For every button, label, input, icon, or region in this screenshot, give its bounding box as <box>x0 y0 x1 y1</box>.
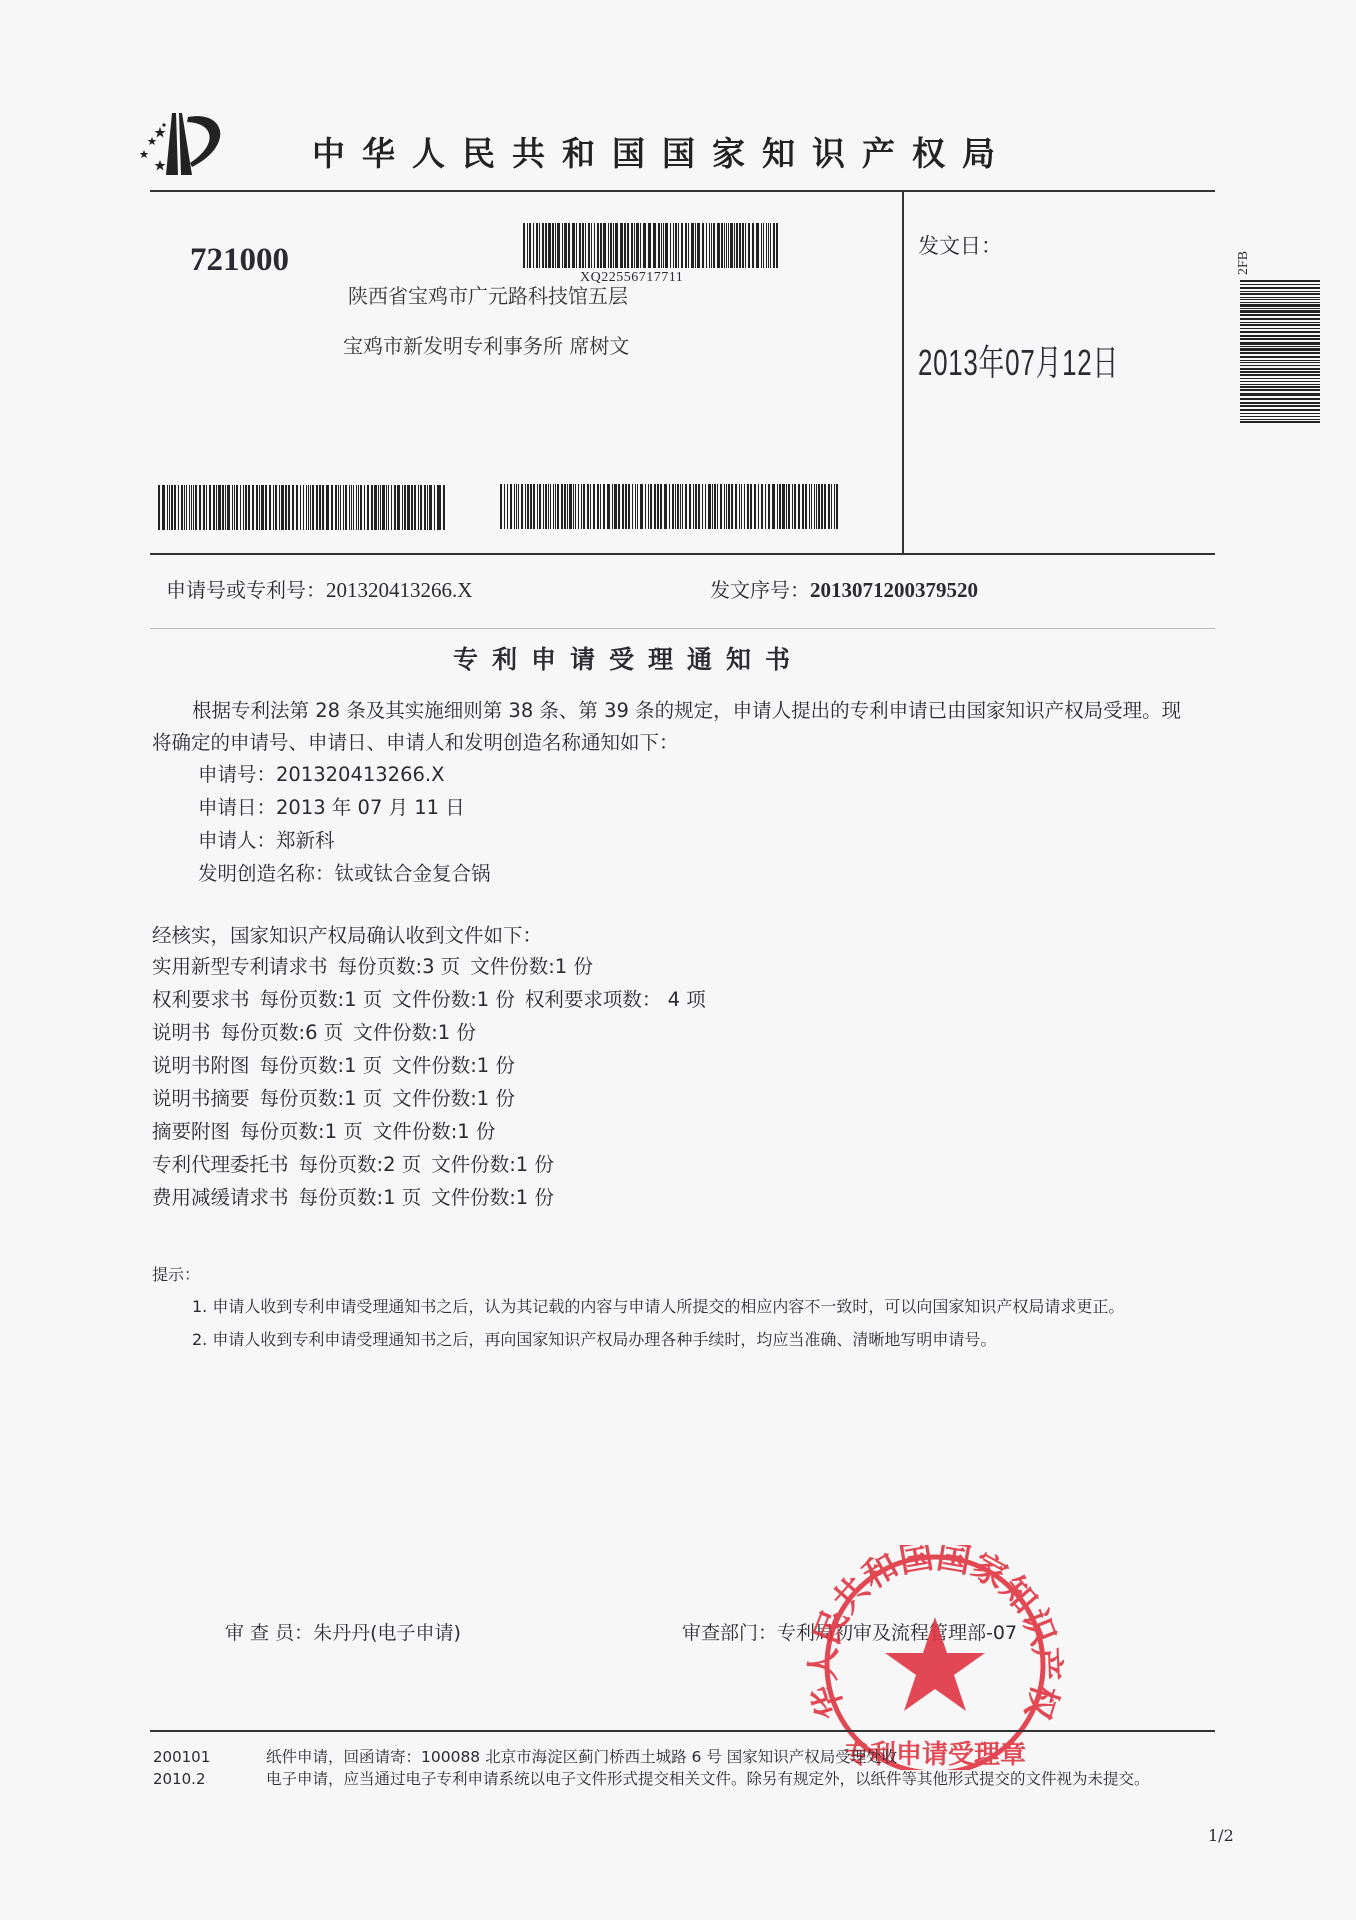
file-pages: 每份页数:1 页 <box>299 1186 422 1209</box>
application-number-value: 201320413266.X <box>326 578 472 602</box>
form-code: 200101 2010.2 <box>153 1746 210 1790</box>
side-barcode <box>1240 280 1320 425</box>
examiner-label: 审 查 员： <box>225 1622 313 1644</box>
file-pages: 每份页数:1 页 <box>260 1087 383 1110</box>
file-row: 摘要附图每份页数:1 页文件份数:1 份 <box>152 1115 706 1148</box>
application-number-label: 申请号或专利号： <box>166 578 326 602</box>
file-pages: 每份页数:3 页 <box>338 955 461 978</box>
file-row: 说明书摘要每份页数:1 页文件份数:1 份 <box>152 1082 706 1115</box>
field-label: 发明创造名称： <box>198 862 335 885</box>
mail-barcode <box>523 223 793 268</box>
vertical-divider <box>902 190 904 553</box>
file-name: 说明书 <box>152 1021 211 1044</box>
file-copies: 文件份数:1 份 <box>353 1021 476 1044</box>
file-name: 专利代理委托书 <box>152 1153 289 1176</box>
header-divider <box>150 190 1215 192</box>
examiner: 审 查 员：朱丹丹(电子申请) <box>225 1618 461 1645</box>
intro-paragraph: 根据专利法第 28 条及其实施细则第 38 条、第 39 条的规定，申请人提出的… <box>152 695 1192 759</box>
field-row: 发明创造名称：钛或钛合金复合锅 <box>198 857 491 890</box>
barcode-right <box>500 484 840 529</box>
official-seal: 中华人民共和国国家知识产权局 专利申请受理章 <box>800 1545 1070 1770</box>
side-barcode-code: 2FB <box>1236 251 1252 275</box>
file-copies: 文件份数:1 份 <box>431 1186 554 1209</box>
file-pages: 每份页数:1 页 <box>260 1054 383 1077</box>
file-name: 费用减缓请求书 <box>152 1186 289 1209</box>
received-files-heading: 经核实，国家知识产权局确认收到文件如下： <box>152 920 542 948</box>
examiner-value: 朱丹丹(电子申请) <box>313 1622 461 1644</box>
file-row: 费用减缓请求书每份页数:1 页文件份数:1 份 <box>152 1181 706 1214</box>
tips-list: 1. 申请人收到专利申请受理通知书之后，认为其记载的内容与申请人所提交的相应内容… <box>152 1290 1192 1356</box>
tips-heading: 提示： <box>152 1262 200 1285</box>
file-row: 说明书附图每份页数:1 页文件份数:1 份 <box>152 1049 706 1082</box>
footer-instructions: 纸件申请，回函请寄：100088 北京市海淀区蓟门桥西土城路 6 号 国家知识产… <box>266 1746 1196 1790</box>
file-pages: 每份页数:1 页 <box>260 988 383 1011</box>
field-value: 2013 年 07 月 11 日 <box>276 796 465 819</box>
file-copies: 文件份数:1 份 <box>392 988 515 1011</box>
reference-bottom-divider <box>150 628 1215 629</box>
tip-item: 2. 申请人收到专利申请受理通知书之后，再向国家知识产权局办理各种手续时，均应当… <box>152 1323 1192 1356</box>
file-row: 专利代理委托书每份页数:2 页文件份数:1 份 <box>152 1148 706 1181</box>
field-value: 钛或钛合金复合锅 <box>335 862 491 885</box>
tip-item: 1. 申请人收到专利申请受理通知书之后，认为其记载的内容与申请人所提交的相应内容… <box>152 1290 1192 1323</box>
serial-number-line: 发文序号：2013071200379520 <box>710 574 978 603</box>
document-title: 专利申请受理通知书 <box>453 640 804 676</box>
application-fields: 申请号：201320413266.X 申请日：2013 年 07 月 11 日 … <box>198 758 491 890</box>
file-name: 说明书附图 <box>152 1054 250 1077</box>
file-copies: 文件份数:1 份 <box>392 1054 515 1077</box>
issue-date: 2013年07月12日 <box>918 335 1119 386</box>
received-files-list: 实用新型专利请求书每份页数:3 页文件份数:1 份权利要求书每份页数:1 页文件… <box>152 950 706 1214</box>
application-number-line: 申请号或专利号：201320413266.X <box>166 574 472 603</box>
field-label: 申请号： <box>198 763 276 786</box>
agency-title: 中华人民共和国国家知识产权局 <box>312 128 1012 175</box>
form-version: 2010.2 <box>153 1768 210 1790</box>
postcode: 721000 <box>190 242 289 279</box>
field-value: 201320413266.X <box>276 763 444 786</box>
serial-number-value: 2013071200379520 <box>810 578 978 602</box>
issue-date-label: 发文日： <box>918 230 1002 260</box>
file-row: 实用新型专利请求书每份页数:3 页文件份数:1 份 <box>152 950 706 983</box>
field-label: 申请日： <box>198 796 276 819</box>
file-row: 说明书每份页数:6 页文件份数:1 份 <box>152 1016 706 1049</box>
file-name: 实用新型专利请求书 <box>152 955 328 978</box>
address-line-1: 陕西省宝鸡市广元路科技馆五层 <box>348 280 628 309</box>
reference-divider <box>150 553 1215 555</box>
footer-line-1: 纸件申请，回函请寄：100088 北京市海淀区蓟门桥西土城路 6 号 国家知识产… <box>266 1746 1196 1768</box>
cnipa-logo-icon <box>130 105 230 180</box>
file-extra: 权利要求项数： 4 项 <box>525 988 706 1011</box>
field-row: 申请日：2013 年 07 月 11 日 <box>198 791 491 824</box>
file-name: 说明书摘要 <box>152 1087 250 1110</box>
page-number: 1/2 <box>1208 1826 1234 1845</box>
barcode-left <box>158 485 446 530</box>
file-row: 权利要求书每份页数:1 页文件份数:1 份权利要求项数： 4 项 <box>152 983 706 1016</box>
file-copies: 文件份数:1 份 <box>431 1153 554 1176</box>
file-pages: 每份页数:1 页 <box>240 1120 363 1143</box>
serial-number-label: 发文序号： <box>710 578 810 602</box>
file-name: 权利要求书 <box>152 988 250 1011</box>
file-copies: 文件份数:1 份 <box>470 955 593 978</box>
field-label: 申请人： <box>198 829 276 852</box>
form-code-number: 200101 <box>153 1746 210 1768</box>
field-value: 郑新科 <box>276 829 335 852</box>
file-name: 摘要附图 <box>152 1120 230 1143</box>
file-pages: 每份页数:2 页 <box>299 1153 422 1176</box>
file-pages: 每份页数:6 页 <box>221 1021 344 1044</box>
department-label: 审查部门： <box>682 1622 777 1644</box>
file-copies: 文件份数:1 份 <box>373 1120 496 1143</box>
footer-line-2: 电子申请，应当通过电子专利申请系统以电子文件形式提交相关文件。除另有规定外，以纸… <box>266 1768 1196 1790</box>
address-line-2: 宝鸡市新发明专利事务所 席树文 <box>343 330 629 359</box>
field-row: 申请号：201320413266.X <box>198 758 491 791</box>
file-copies: 文件份数:1 份 <box>392 1087 515 1110</box>
footer-divider <box>150 1730 1215 1732</box>
field-row: 申请人：郑新科 <box>198 824 491 857</box>
